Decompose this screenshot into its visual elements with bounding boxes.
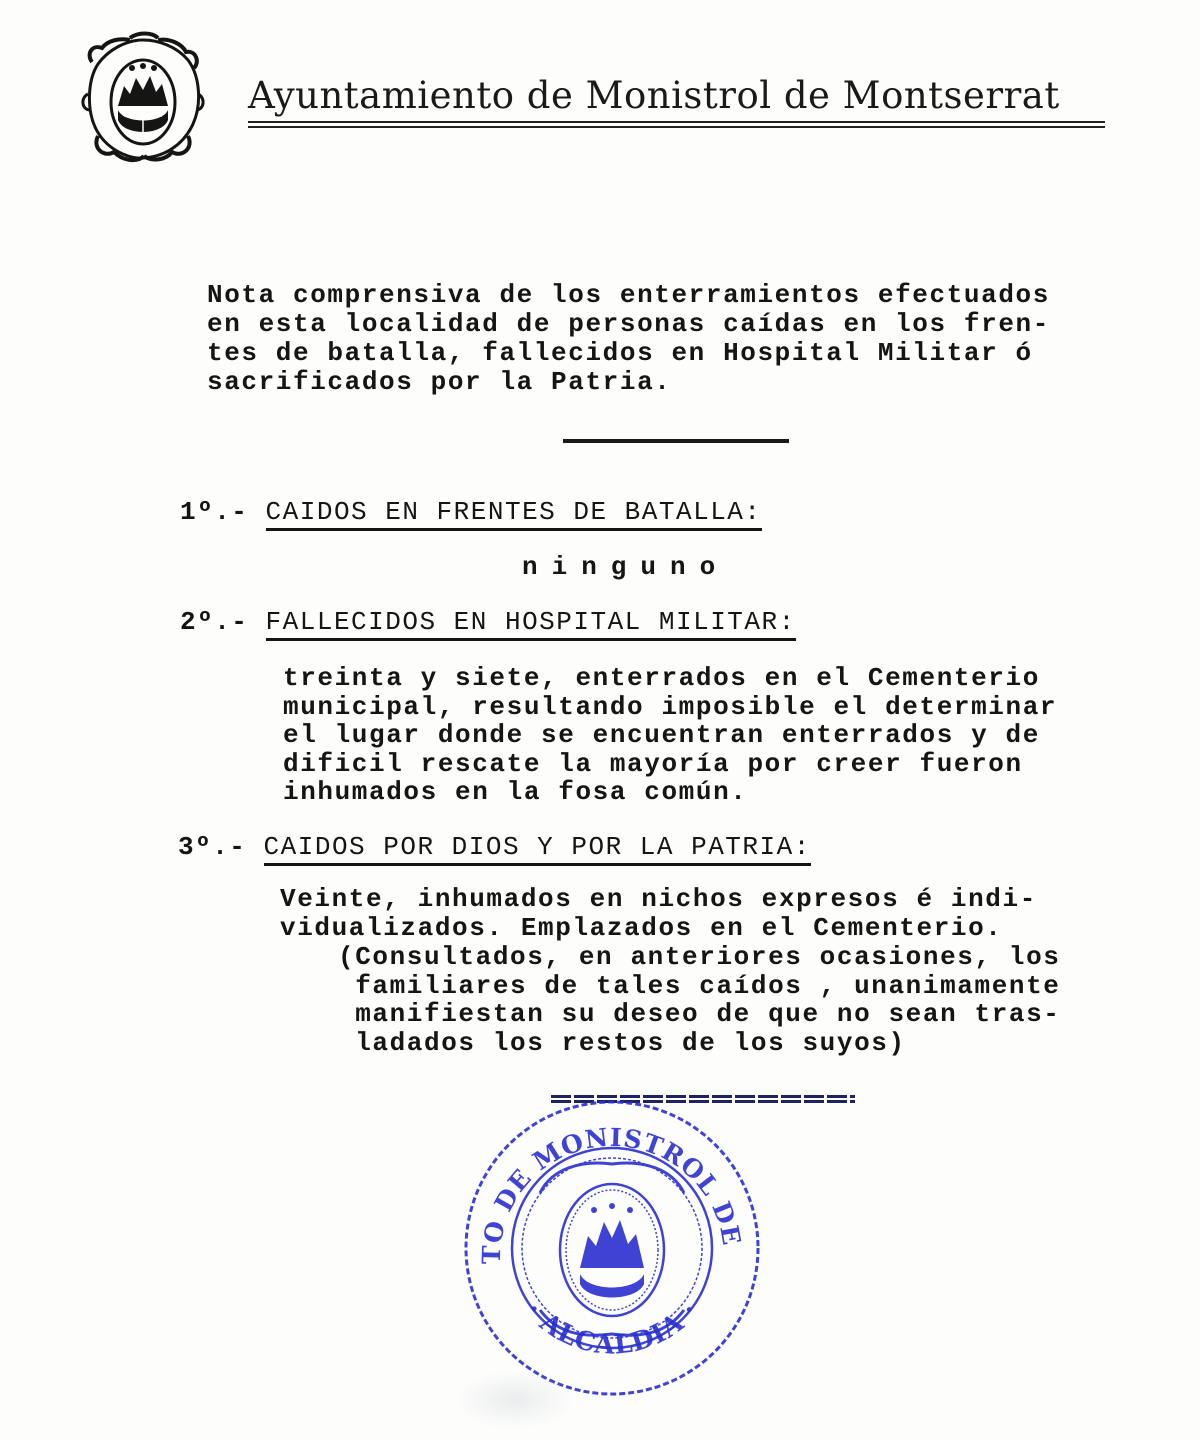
intro-line: sacrificados por la Patria. [207, 368, 1050, 397]
letterhead-rule [248, 126, 1105, 128]
note-line: (Consultados, en anteriores ocasiones, l… [338, 943, 1061, 972]
official-seal-icon: AYUNTAMIENTO DE MONISTROL DE MONTSERRAT … [462, 1098, 762, 1398]
section-heading-2: 2º.- FALLECIDOS EN HOSPITAL MILITAR: [180, 607, 796, 637]
body-line: el lugar donde se encuentran enterrados … [283, 721, 1057, 750]
section-3-body: Veinte, inhumados en nichos expresos é i… [280, 885, 1037, 942]
intro-paragraph: Nota comprensiva de los enterramientos e… [207, 281, 1050, 397]
note-line: ladados los restos de los suyos) [338, 1029, 1061, 1058]
intro-line: en esta localidad de personas caídas en … [207, 310, 1050, 339]
section-number: 1º.- [180, 497, 248, 527]
section-1-body: ninguno [522, 553, 729, 582]
body-line: dificil rescate la mayoría por creer fue… [283, 750, 1057, 779]
section-title: CAIDOS EN FRENTES DE BATALLA: [266, 497, 762, 531]
document-page: Ayuntamiento de Monistrol de Montserrat … [0, 0, 1200, 1440]
note-line: familiares de tales caídos , unanimament… [338, 972, 1061, 1001]
section-title: CAIDOS POR DIOS Y POR LA PATRIA: [264, 832, 811, 866]
section-title: FALLECIDOS EN HOSPITAL MILITAR: [266, 607, 796, 641]
note-line: manifiestan su deseo de que no sean tras… [338, 1000, 1061, 1029]
body-line: vidualizados. Emplazados en el Cementeri… [280, 914, 1037, 943]
section-heading-3: 3º.- CAIDOS POR DIOS Y POR LA PATRIA: [178, 832, 811, 862]
intro-line: tes de batalla, fallecidos en Hospital M… [207, 339, 1050, 368]
body-line: Veinte, inhumados en nichos expresos é i… [280, 885, 1037, 914]
letterhead-title: Ayuntamiento de Monistrol de Montserrat [248, 74, 1060, 117]
section-number: 3º.- [178, 832, 246, 862]
section-separator [563, 439, 789, 443]
body-line: inhumados en la fosa común. [283, 778, 1057, 807]
municipal-coat-of-arms-icon [78, 24, 208, 164]
paper-smudge [455, 1370, 575, 1430]
letterhead-rule [248, 121, 1105, 123]
section-3-note: (Consultados, en anteriores ocasiones, l… [338, 943, 1061, 1057]
section-2-body: treinta y siete, enterrados en el Cement… [283, 664, 1057, 807]
body-line: municipal, resultando imposible el deter… [283, 693, 1057, 722]
stamp-bottom-text: · ALCALDIA · [519, 1296, 705, 1361]
svg-text:· ALCALDIA ·: · ALCALDIA · [519, 1296, 705, 1361]
body-line: treinta y siete, enterrados en el Cement… [283, 664, 1057, 693]
intro-line: Nota comprensiva de los enterramientos e… [207, 281, 1050, 310]
section-heading-1: 1º.- CAIDOS EN FRENTES DE BATALLA: [180, 497, 762, 527]
section-number: 2º.- [180, 607, 248, 637]
